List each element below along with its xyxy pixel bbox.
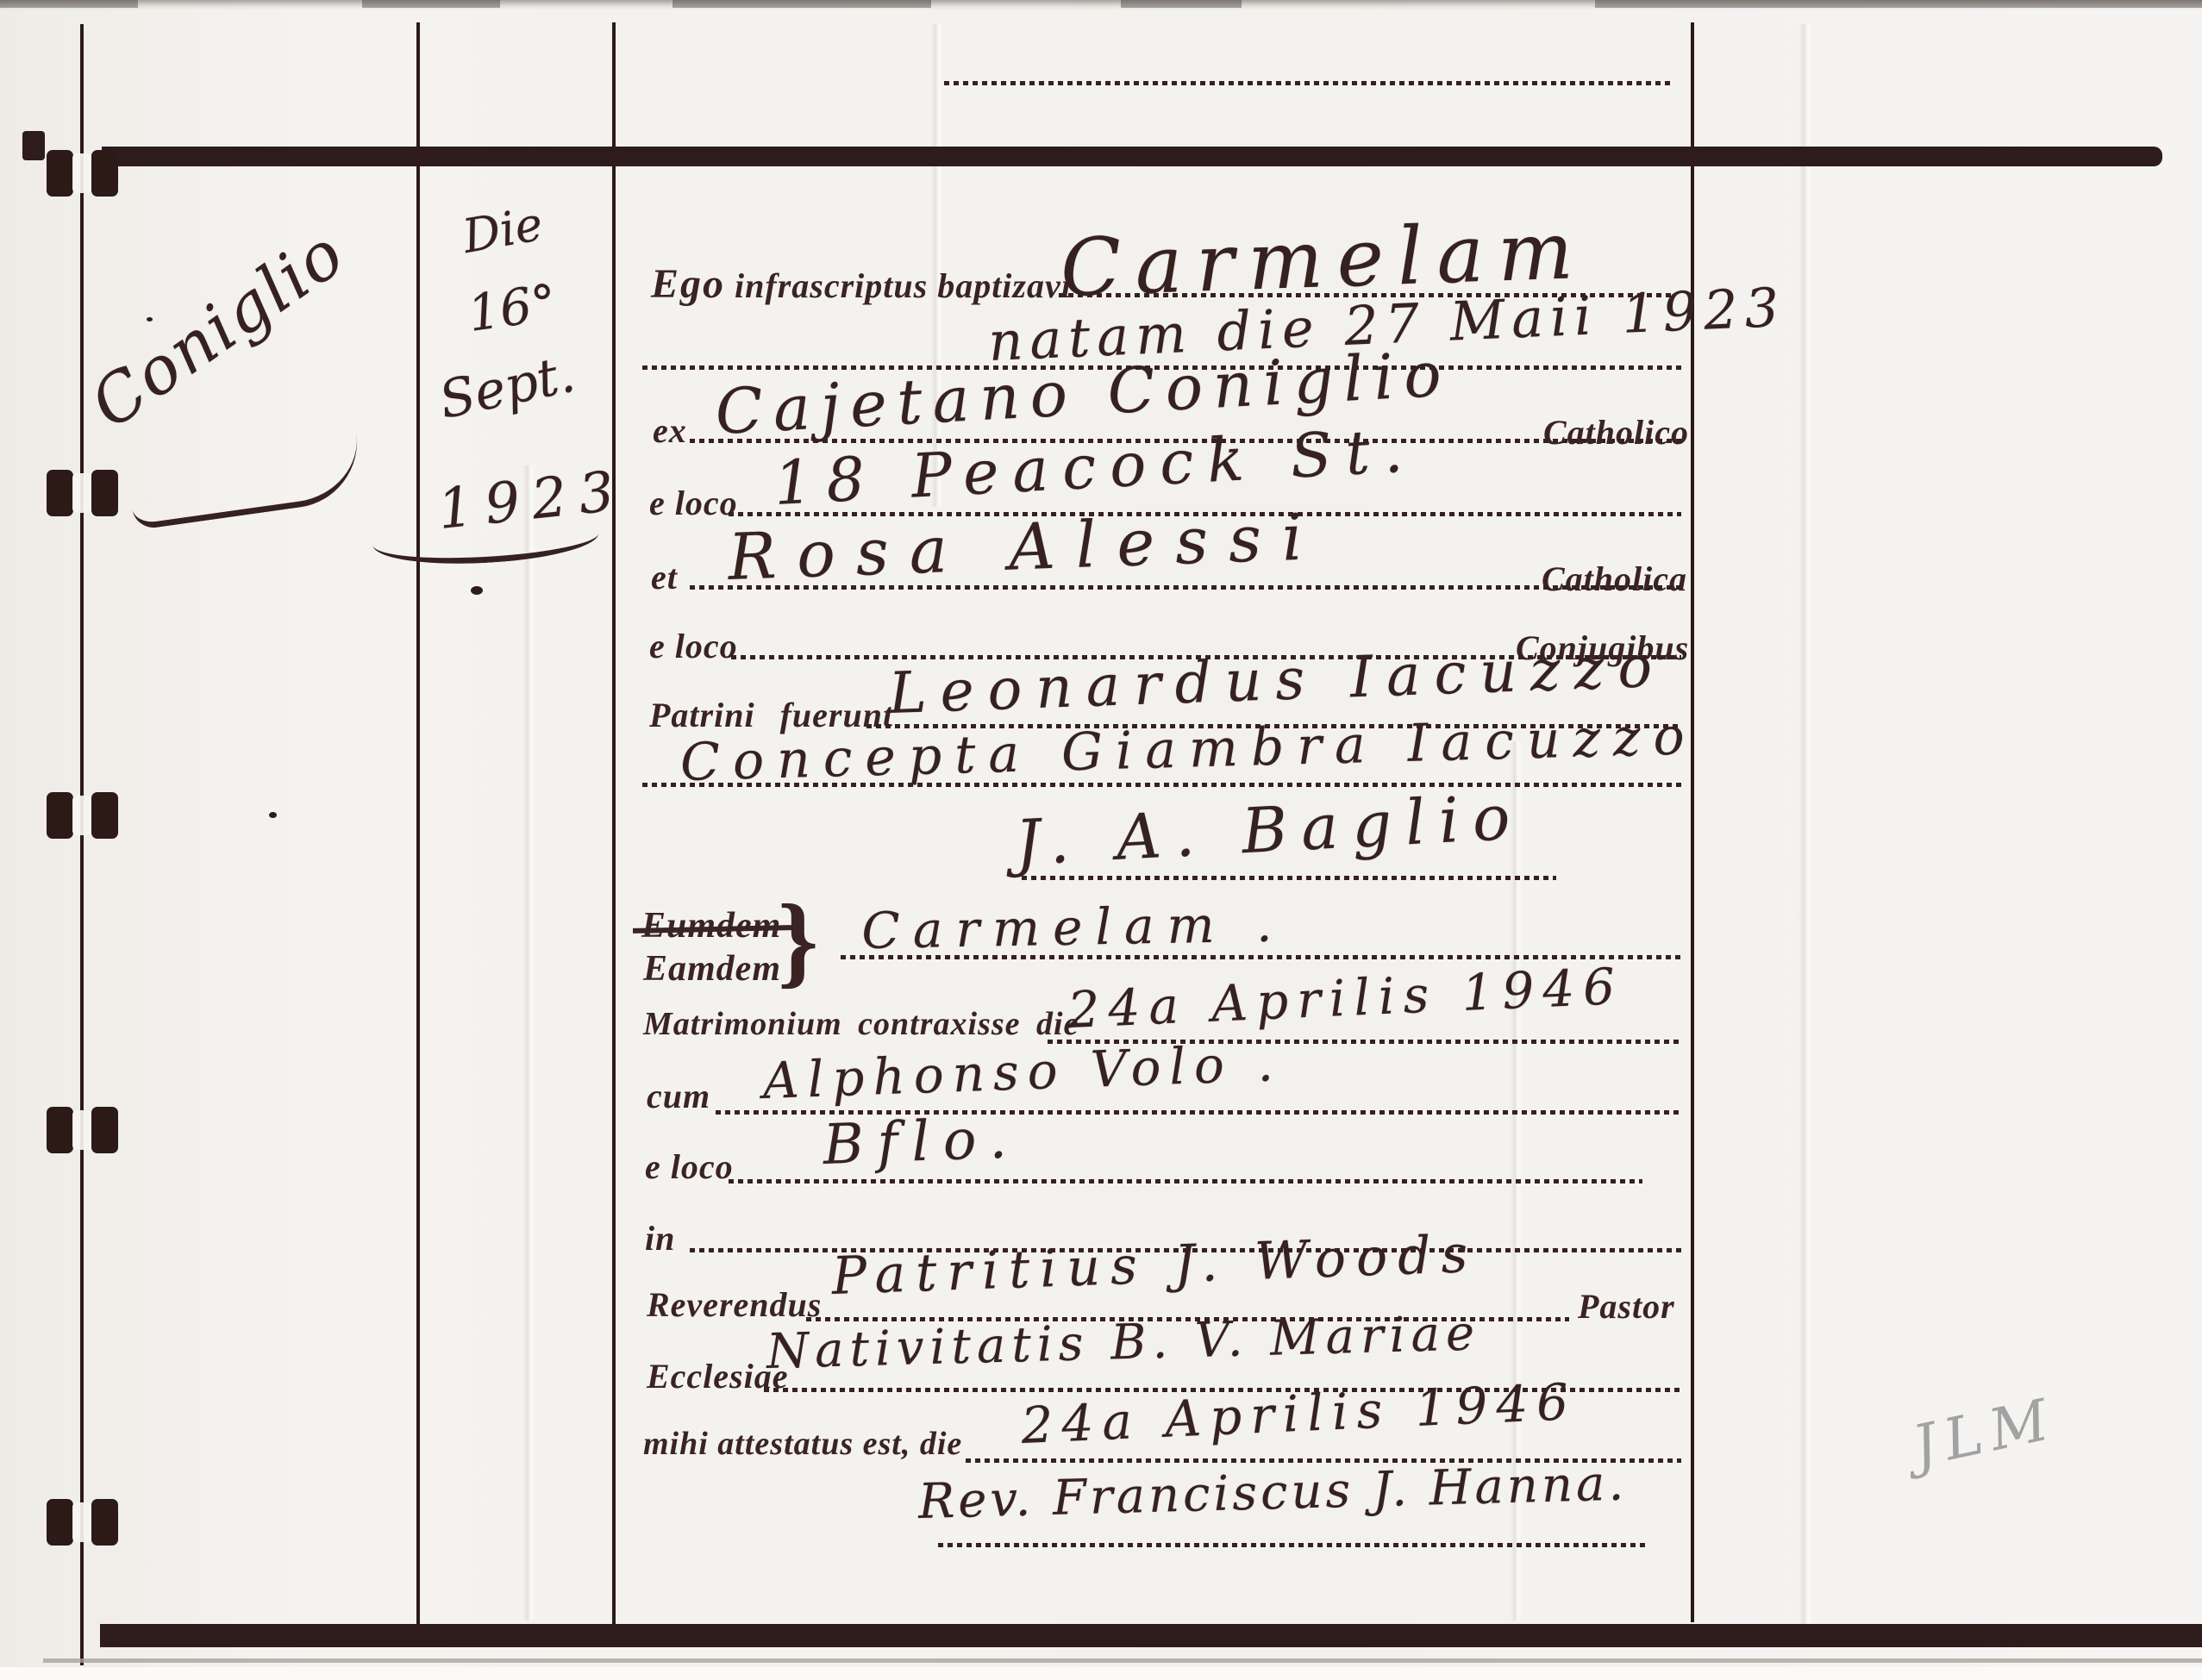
dotted-rule — [642, 783, 1681, 787]
label-e-loco-mother: e loco — [649, 626, 738, 666]
binding-stitch — [47, 470, 73, 516]
binding-stitch — [91, 150, 118, 197]
label-eumdem-struck: Eumdem — [641, 905, 781, 946]
dotted-rule — [944, 81, 1673, 85]
paper-edge — [0, 1667, 2202, 1680]
binding-stitch — [91, 792, 118, 839]
date-month: Sept. — [434, 344, 579, 431]
binding-stitch — [91, 1107, 118, 1153]
label-eamdem: Eamdem — [643, 948, 781, 990]
ink-blob — [22, 131, 45, 160]
date-period-dot — [471, 586, 483, 595]
binding-thread — [72, 153, 91, 193]
binding-stitch — [91, 1499, 118, 1546]
date-word-die: Die — [459, 197, 547, 264]
dotted-rule — [729, 1179, 1642, 1183]
ink-speck — [147, 317, 153, 322]
column-rule-surname — [416, 22, 420, 1627]
entry-same-person-name: Carmelam . — [861, 894, 1286, 960]
entry-attestation-date: 24a Aprilis 1946 — [1020, 1372, 1578, 1455]
label-matrimonium: Matrimonium contraxisse die — [643, 1005, 1079, 1043]
scan-edge-noise — [362, 0, 500, 8]
dotted-rule — [938, 1543, 1645, 1547]
column-rule-right — [1691, 22, 1694, 1622]
entry-spouse-name: Alphonso Volo . — [762, 1034, 1283, 1110]
binding-stitch — [47, 150, 73, 197]
column-rule-left — [80, 24, 84, 1665]
scan-edge-noise — [672, 0, 931, 8]
binding-stitch — [47, 1107, 73, 1153]
margin-surname: Coniglio — [77, 214, 358, 443]
entry-marriage-date: 24a Aprilis 1946 — [1067, 957, 1624, 1040]
dotted-rule — [841, 955, 1681, 959]
binding-thread — [72, 1110, 91, 1150]
scan-edge-noise — [1595, 0, 2202, 8]
binding-thread — [72, 473, 91, 513]
ink-speck — [269, 812, 277, 818]
label-catholico: Catholico — [1543, 412, 1689, 453]
label-brace: } — [778, 881, 818, 1000]
entry-pastor-name: Patritius J. Woods — [831, 1224, 1479, 1307]
binding-stitch — [91, 470, 118, 516]
label-reverendus: Reverendus — [647, 1284, 822, 1325]
scan-shadow-line — [43, 1658, 2202, 1663]
binding-stitch — [47, 792, 73, 839]
label-mihi-attestatus: mihi attestatus est, die — [643, 1425, 962, 1463]
label-ego-infrascriptus: Ego infrascriptus baptizavi — [651, 260, 1072, 308]
baptism-priest-signature: J. A. Baglio — [1014, 780, 1526, 879]
label-pastor: Pastor — [1578, 1286, 1675, 1327]
binding-stitch — [47, 1499, 73, 1546]
bottom-border-bar — [100, 1624, 2202, 1647]
dotted-rule — [690, 585, 1681, 590]
label-in: in — [645, 1218, 675, 1258]
top-border-bar — [102, 147, 2162, 166]
binding-thread — [72, 1502, 91, 1542]
scan-edge-noise — [0, 0, 138, 8]
label-cum: cum — [647, 1076, 710, 1116]
label-et: et — [651, 557, 678, 597]
column-rule-date — [612, 22, 616, 1624]
entry-marriage-place: Bflo. — [822, 1107, 1021, 1177]
surname-flourish — [126, 433, 366, 531]
paper-crease — [522, 465, 536, 1621]
label-e-loco-marriage: e loco — [645, 1146, 734, 1187]
paper-crease — [1799, 24, 1814, 1624]
label-catholica: Catholica — [1542, 559, 1687, 599]
label-ex: ex — [653, 410, 687, 451]
label-ego: Ego — [651, 261, 725, 307]
binding-thread — [72, 796, 91, 835]
baptismal-register-scan: Coniglio Die 16° Sept. 1923 Ego infrascr… — [0, 0, 2202, 1680]
pencil-initials: JLM — [1907, 1385, 2062, 1480]
date-day: 16° — [465, 272, 560, 343]
scan-edge-noise — [1121, 0, 1242, 8]
dotted-rule — [1022, 876, 1556, 880]
label-infrascriptus-baptizavi: infrascriptus baptizavi — [725, 266, 1072, 305]
date-underline-flourish — [371, 508, 599, 571]
label-e-loco-father: e loco — [649, 483, 738, 523]
